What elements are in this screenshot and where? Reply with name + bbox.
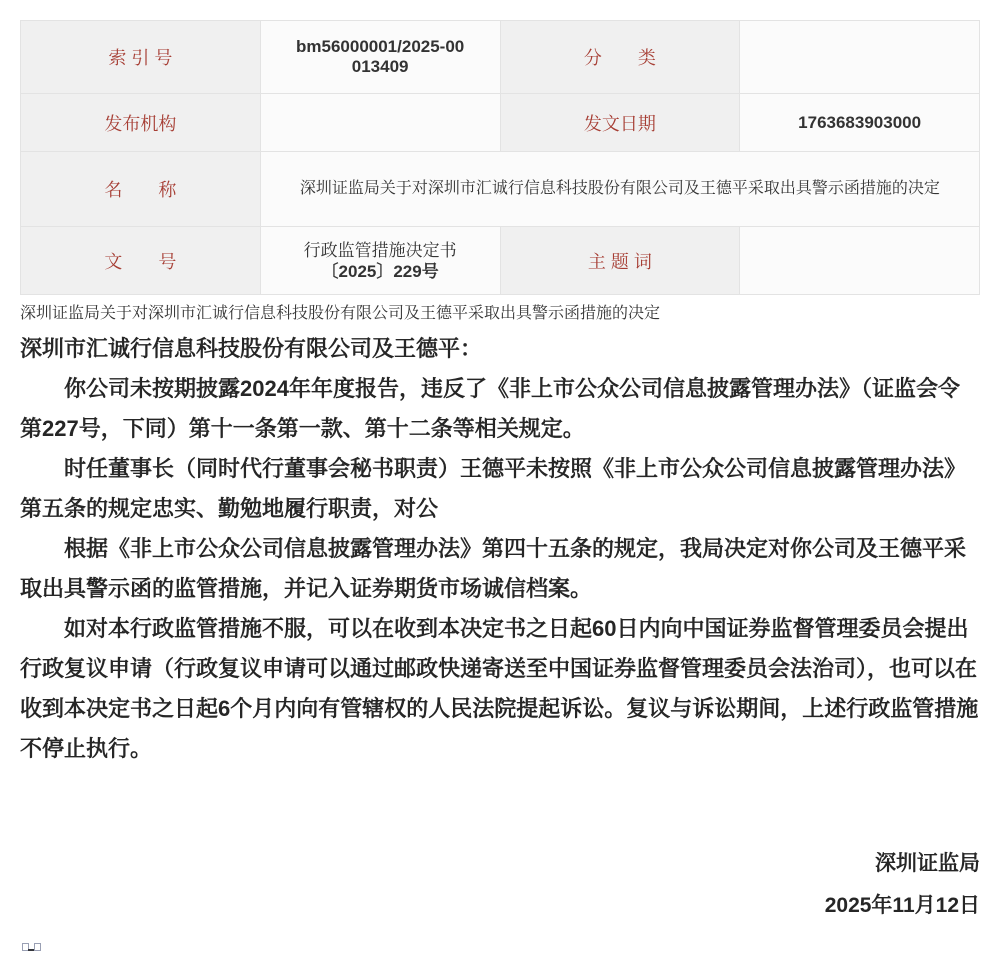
doc-number-line2: 〔2025〕229号 bbox=[322, 262, 439, 281]
paragraph-appeal-rights: 如对本行政监管措施不服，可以在收到本决定书之日起60日内向中国证券监督管理委员会… bbox=[20, 609, 980, 769]
issue-date-value: 1763683903000 bbox=[740, 94, 980, 152]
document-title: 深圳证监局关于对深圳市汇诚行信息科技股份有限公司及王德平采取出具警示函措施的决定 bbox=[20, 303, 980, 325]
table-row: 名 称 深圳证监局关于对深圳市汇诚行信息科技股份有限公司及王德平采取出具警示函措… bbox=[21, 152, 980, 227]
index-number-text: bm56000001/2025-00013409 bbox=[293, 37, 468, 77]
signature-block: 深圳证监局 2025年11月12日 bbox=[20, 843, 980, 927]
signature-issuer: 深圳证监局 bbox=[20, 843, 980, 885]
salutation: 深圳市汇诚行信息科技股份有限公司及王德平： bbox=[20, 329, 980, 369]
index-number-label: 索 引 号 bbox=[21, 21, 261, 94]
paragraph-violation-company: 你公司未按期披露2024年年度报告，违反了《非上市公众公司信息披露管理办法》（证… bbox=[20, 369, 980, 449]
category-value bbox=[740, 21, 980, 94]
paragraph-violation-chairman: 时任董事长（同时代行董事会秘书职责）王德平未按照《非上市公众公司信息披露管理办法… bbox=[20, 449, 980, 529]
doc-number-line1: 行政监管措施决定书 bbox=[304, 241, 457, 260]
document-page: 索 引 号 bm56000001/2025-00013409 分 类 发布机构 … bbox=[0, 0, 1000, 956]
subject-words-label: 主 题 词 bbox=[500, 227, 740, 295]
doc-number-value: 行政监管措施决定书 〔2025〕229号 bbox=[260, 227, 500, 295]
publishing-agency-label: 发布机构 bbox=[21, 94, 261, 152]
issue-date-label: 发文日期 bbox=[500, 94, 740, 152]
broken-image-icon bbox=[22, 941, 41, 951]
document-body: 深圳市汇诚行信息科技股份有限公司及王德平： 你公司未按期披露2024年年度报告，… bbox=[20, 329, 980, 769]
publishing-agency-value bbox=[260, 94, 500, 152]
subject-words-value bbox=[740, 227, 980, 295]
signature-date: 2025年11月12日 bbox=[20, 885, 980, 927]
name-label: 名 称 bbox=[21, 152, 261, 227]
table-row: 文 号 行政监管措施决定书 〔2025〕229号 主 题 词 bbox=[21, 227, 980, 295]
category-label: 分 类 bbox=[500, 21, 740, 94]
name-value: 深圳证监局关于对深圳市汇诚行信息科技股份有限公司及王德平采取出具警示函措施的决定 bbox=[260, 152, 979, 227]
table-row: 发布机构 发文日期 1763683903000 bbox=[21, 94, 980, 152]
paragraph-decision: 根据《非上市公众公司信息披露管理办法》第四十五条的规定，我局决定对你公司及王德平… bbox=[20, 529, 980, 609]
index-number-value: bm56000001/2025-00013409 bbox=[260, 21, 500, 94]
doc-number-label: 文 号 bbox=[21, 227, 261, 295]
metadata-table: 索 引 号 bm56000001/2025-00013409 分 类 发布机构 … bbox=[20, 20, 980, 295]
table-row: 索 引 号 bm56000001/2025-00013409 分 类 bbox=[21, 21, 980, 94]
broken-image-right-square bbox=[34, 943, 41, 951]
